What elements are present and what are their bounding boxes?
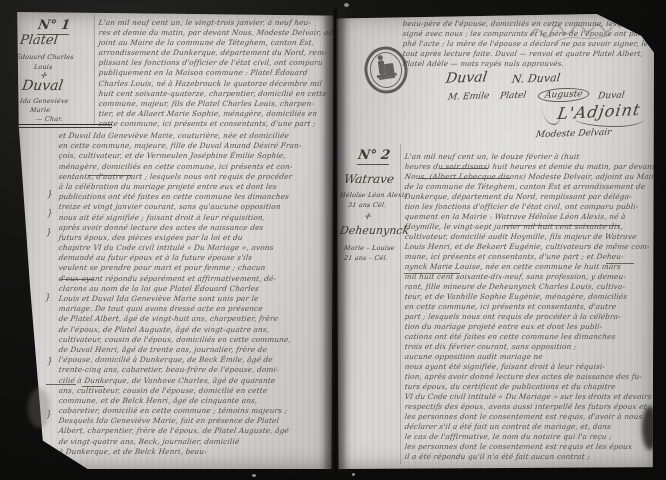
manuscript-line: joint au Maire de la commune de Téteghem… [98, 38, 331, 48]
union-cross-icon: ✛ [363, 212, 371, 221]
manuscript-line: demandé au futur époux et à la future ép… [58, 253, 337, 263]
manuscript-line: cations ont été faites en cette commune … [404, 332, 647, 342]
margin-groom-line3-1: Louis [33, 63, 53, 71]
manuscript-line: chapitre VI du Code civil intitulé « Du … [58, 243, 337, 253]
manuscript-line: tout après lecture faite. Duval — renvoi… [402, 49, 647, 59]
margin-groom-name-1: Platel [19, 33, 59, 48]
scan-speck [352, 473, 355, 476]
manuscript-line: en cette commune, majeure, fille de Duva… [58, 141, 337, 151]
manuscript-line: sentants, d'autre part ; lesquels nous o… [58, 172, 337, 182]
manuscript-line: veulent se prendre pour mari et pour fem… [58, 263, 337, 273]
manuscript-line: en cette commune, ici présents et consen… [404, 302, 647, 312]
ink-strike [82, 386, 104, 387]
manuscript-line: huit cent soixante-quatorze, charpentier… [98, 89, 331, 99]
ink-underline [88, 175, 132, 176]
manuscript-line: L'an mil neuf cent un, le vingt-trois ja… [98, 18, 331, 28]
book-gutter [322, 8, 348, 472]
register-page-right: beau-père de l'épouse, domiciliés en cet… [336, 14, 654, 469]
manuscript-line: il a été répondu qu'il n'a été fait aucu… [404, 452, 647, 462]
act1-body-top: L'an mil neuf cent un, le vingt-trois ja… [98, 18, 330, 129]
manuscript-line: teur, et de Vanhille Sophie Eugénie, mén… [404, 292, 647, 302]
manuscript-line: clarons au nom de la loi que Platel Édou… [58, 284, 337, 294]
margin-bride-line3-1: Marie [29, 106, 50, 114]
manuscript-line: cultivateur, cousin de l'époux, domicili… [58, 335, 337, 345]
manuscript-line: ménagère, domiciliés en cette commune, i… [58, 162, 337, 172]
signature-flourish [574, 118, 644, 127]
manuscript-line: les personnes dont le consentement est r… [404, 442, 647, 452]
paraph-mark: } [47, 357, 53, 367]
manuscript-line: de l'époux, de Platel Auguste, âgé de vi… [58, 325, 337, 335]
margin-groom-line2-2: Héloïse Léon Alexis [339, 191, 408, 199]
manuscript-line: cabaretier, domicilié en cette commune ;… [58, 406, 337, 416]
register-page-left: N° 1 Platel Édouard Charles Louis ✛ Duva… [14, 12, 334, 469]
margin-bride-line2-1: Ida Geneviève [19, 97, 69, 105]
ink-underline [504, 225, 620, 226]
manuscript-line: treize et vingt janvier courant, sans qu… [58, 202, 337, 212]
manuscript-line: commune, majeur, fils de Platel Charles … [98, 99, 331, 109]
manuscript-line: d'eux ayant répondu séparément et affirm… [58, 274, 337, 284]
manuscript-line: VI du Code civil intitulé « Du Mariage »… [404, 392, 647, 402]
signature-n-duval: N. Duval [511, 71, 561, 86]
signature-duval-2: Duval [597, 91, 625, 102]
signature-m-emile: M. Emile [447, 91, 490, 102]
pencil-scribble [526, 16, 626, 46]
manuscript-line: de Platel Albert, âgé de vingt-huit ans,… [58, 314, 337, 324]
manuscript-line: Albert, charpentier, frère de l'époux, d… [58, 426, 337, 436]
manuscript-line: après avoir donné lecture des actes de n… [58, 223, 337, 233]
manuscript-line: Nous, (Albert Lebecque disons) Modeste D… [404, 172, 647, 182]
manuscript-line: part ; lesquels nous ont requis de procé… [404, 312, 647, 322]
manuscript-line: cilié à Dunkerque, de Vanhove Charles, â… [58, 376, 337, 386]
ink-strike [418, 178, 510, 179]
manuscript-line: plissant les fonctions d'officier de l'é… [98, 58, 331, 68]
manuscript-line: trois et dix février courant, sans oppos… [404, 342, 647, 352]
manuscript-line: publications ont été faites en cette com… [58, 192, 337, 202]
scan-speck [252, 474, 256, 477]
margin-vertical-rule-right [400, 144, 401, 464]
act-number-2: N° 2 [357, 148, 391, 165]
manuscript-line: de la commune de Téteghem, canton Est et… [404, 182, 647, 192]
manuscript-line: de vingt-quatre ans, Beck, journalier, d… [58, 437, 337, 447]
manuscript-line: les personnes dont le consentement est r… [404, 412, 647, 422]
manuscript-line: tion, après avoir donné lecture des acte… [404, 372, 647, 382]
signature-adjoint-name: Modeste Delvair [535, 128, 612, 141]
manuscript-line: Louis et Duval Ida Geneviève Marie sont … [58, 294, 337, 304]
manuscript-line: tier, et de Allaert Marie Sophie, ménagè… [98, 109, 331, 119]
manuscript-line: turs époux, du certificat de publication… [404, 382, 647, 392]
manuscript-line: déclarer s'il a été fait un contrat de m… [404, 422, 647, 432]
manuscript-line: cultivateur, domicilié audit Hoymille, f… [404, 232, 647, 242]
margin-bride-name-1: Duval [21, 78, 64, 94]
manuscript-line: le cas de l'affirmative, le nom du notai… [404, 432, 647, 442]
margin-groom-name-2: Watrave [343, 172, 395, 186]
manuscript-line: Charles Louis, né à Hazebrouck le quator… [98, 79, 331, 89]
scan-smudge [642, 406, 658, 450]
act2-body: L'an mil neuf cent un, le douze février … [404, 152, 646, 462]
manuscript-line: à la célébration du mariage projeté entr… [58, 182, 337, 192]
margin-groom-line2-1: Édouard Charles [15, 53, 74, 61]
manuscript-line: Dunkerque, département du Nord, rempliss… [404, 192, 647, 202]
manuscript-line: publiquement en la Maison commune : Plat… [98, 68, 331, 78]
manuscript-line: Louis Henri, et de Bekaert Eugénie, cult… [404, 242, 647, 252]
manuscript-line: aucune opposition audit mariage ne [404, 352, 647, 362]
manuscript-line: commune, et de Belck Henri, âgé de cinqu… [58, 396, 337, 406]
manuscript-line: tion les fonctions d'officier de l'état … [404, 202, 647, 212]
manuscript-line: ans, cultivateur, cousin de l'épouse, do… [58, 386, 337, 396]
ink-strike [440, 168, 488, 169]
manuscript-line: mariage. De tout quoi avons dressé acte … [58, 304, 337, 314]
manuscript-line: nous ait été signifiée ; faisant droit à… [58, 213, 337, 223]
margin-bride-line2-2: Marie – Louise [343, 244, 395, 252]
margin-vertical-rule-left [94, 14, 95, 124]
manuscript-line: Platel Adèle — mots rayés nuls approuvés… [402, 59, 647, 69]
manuscript-line: tion du mariage projeté entre eux et don… [404, 322, 647, 332]
signature-platel: Platel [499, 91, 527, 102]
manuscript-line: L'an mil neuf cent un, le douze février … [404, 152, 647, 162]
ink-underline [606, 263, 634, 264]
margin-bride-line4-1: — Char. [35, 115, 63, 123]
paraph-mark: } [45, 293, 51, 303]
manuscript-line: cette commune, ici présents et consentan… [98, 119, 331, 129]
manuscript-line: heures du soir disons) huit heures et de… [404, 162, 647, 172]
paraph-mark: } [47, 209, 53, 219]
manuscript-line: arrondissement de Dunkerque, département… [98, 48, 331, 58]
signature-auguste: Auguste [537, 87, 591, 103]
manuscript-line: futurs époux, des pièces exigées par la … [58, 233, 337, 243]
manuscript-line: de Duval Henri, âgé de trente ans, journ… [58, 345, 337, 355]
scan-speck [344, 3, 349, 7]
manuscript-line: Hoymille, le vingt-sept janvier mil huit… [404, 222, 647, 232]
manuscript-line: quement en la Mairie : Watrave Héloïse L… [404, 212, 647, 222]
signature-duval: Duval [445, 69, 488, 86]
act1-body-main: et Duval Ida Geneviève Marie, couturière… [58, 131, 336, 457]
manuscript-line: et Duval Ida Geneviève Marie, couturière… [58, 131, 337, 141]
manuscript-line: nous ayant été signifiée, faisant droit … [404, 362, 647, 372]
manuscript-line: à Dunkerque, et de Belck Henri, beau- [58, 447, 337, 457]
manuscript-line: mune, ici présents et consentants, d'une… [404, 252, 647, 262]
paraph-mark: } [46, 228, 52, 238]
manuscript-line: trente-cinq ans, cabaretier, beau-frère … [58, 365, 337, 375]
manuscript-line: çois, cultivateur, et de Vermeulen Josép… [58, 151, 337, 161]
manuscript-line: Desquels Ida Geneviève Marie, fait en pr… [58, 416, 337, 426]
ink-underline [46, 384, 76, 385]
scan-smudge [28, 388, 50, 428]
margin-bride-line3-2: 21 ans – Cél. [343, 254, 388, 262]
stamp-allegory-figure [374, 53, 397, 80]
ink-strike [60, 279, 94, 280]
margin-groom-line3-2: 31 ans Cél. [347, 201, 386, 209]
manuscript-line: res et demie du matin, par devant Nous, … [98, 28, 331, 38]
ink-underline [404, 273, 460, 274]
official-round-stamp: RÉPUBLIQUE FRANÇAISE [361, 43, 411, 97]
paraph-mark: } [47, 190, 53, 200]
manuscript-line: rant, fille mineure de Deheunynck Charle… [404, 282, 647, 292]
manuscript-line: l'épouse, domicilié à Dunkerque, de Beck… [58, 355, 337, 365]
manuscript-line: respectifs des époux, avons aussi interp… [404, 402, 647, 412]
scanned-register-spread: N° 1 Platel Édouard Charles Louis ✛ Duva… [0, 0, 666, 480]
